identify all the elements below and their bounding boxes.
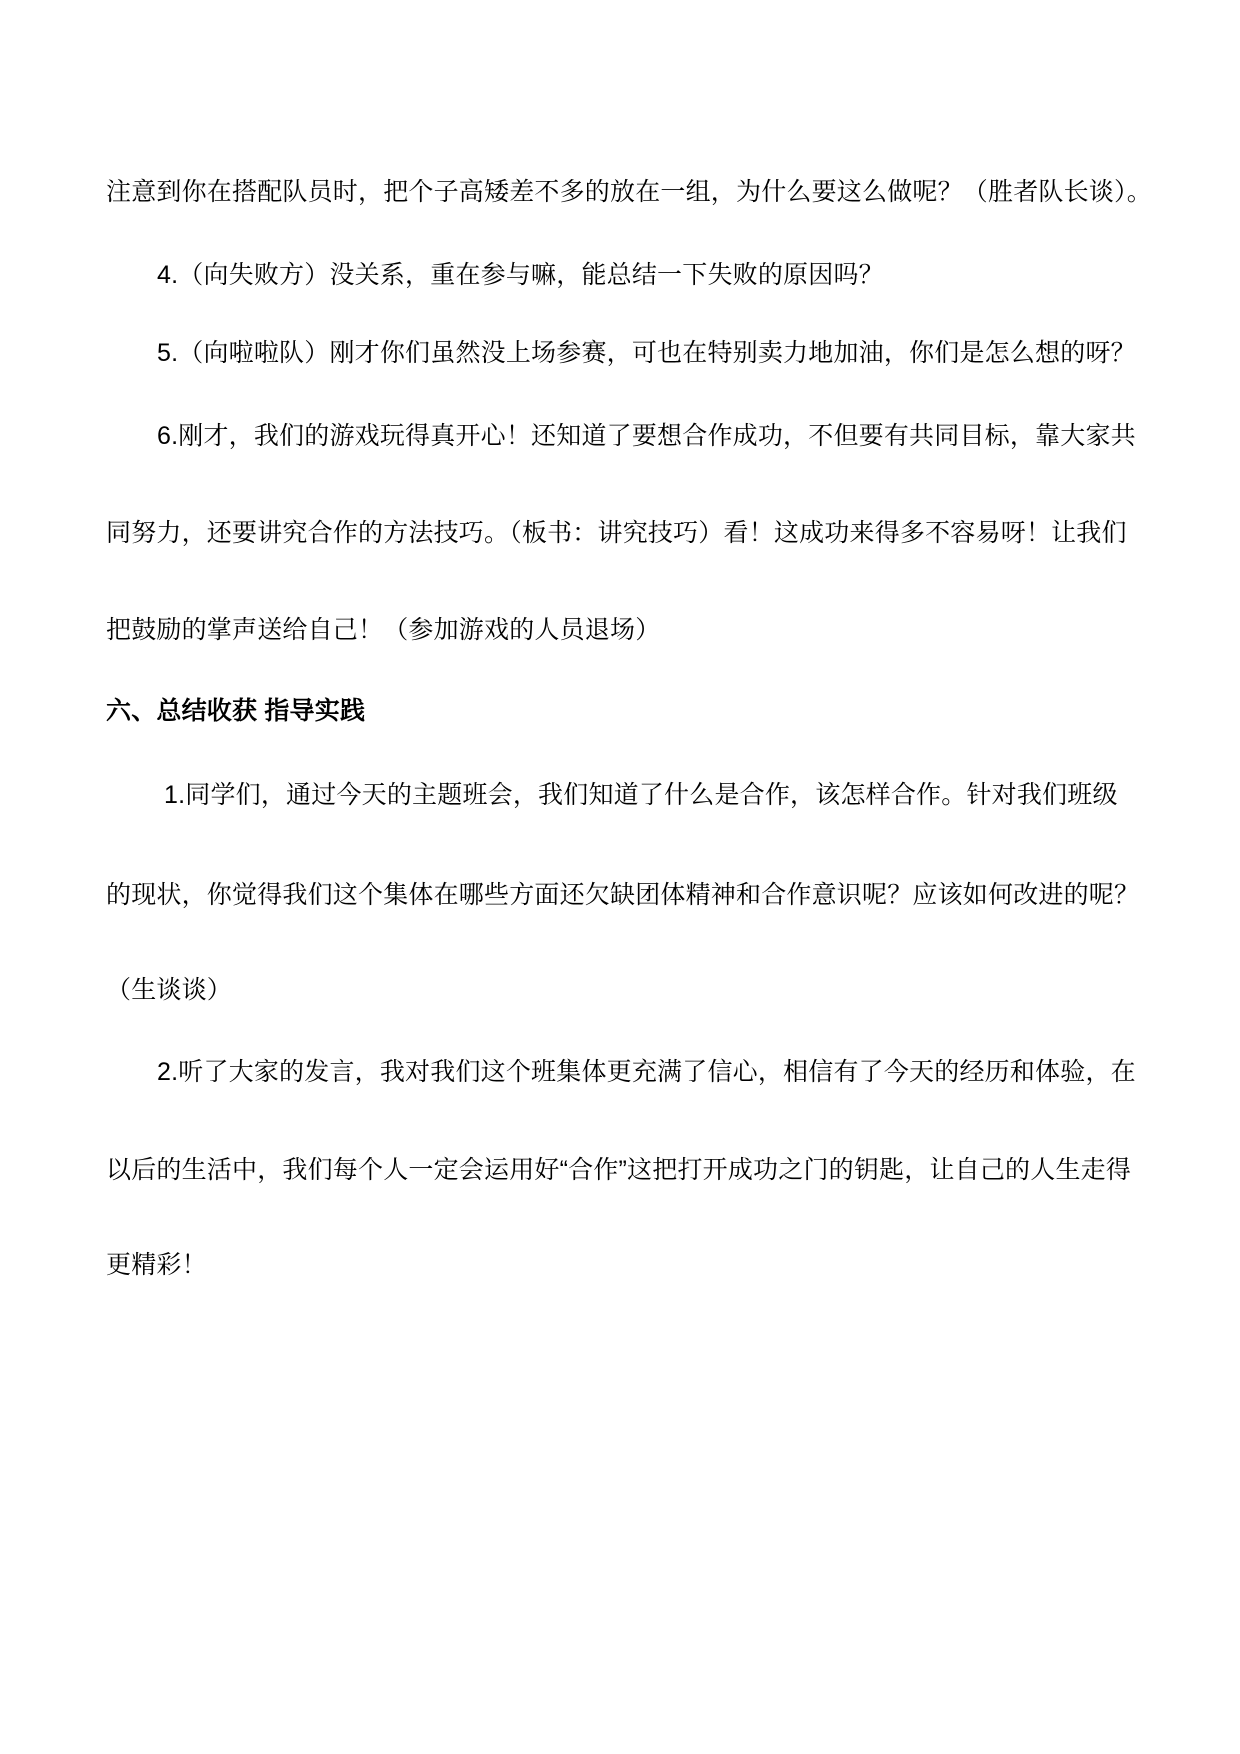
document-text-line: 4.（向失败方）没关系，重在参与嘛，能总结一下失败的原因吗？	[157, 261, 884, 289]
document-text-line: 2.听了大家的发言，我对我们这个班集体更充满了信心，相信有了今天的经历和体验，在	[157, 1058, 1136, 1086]
section-heading: 六、总结收获 指导实践	[106, 697, 365, 725]
document-text-line: 的现状，你觉得我们这个集体在哪些方面还欠缺团体精神和合作意识呢？应该如何改进的呢…	[106, 881, 1139, 909]
document-text-line: （生谈谈）	[106, 976, 232, 1004]
document-text-line: 1.同学们，通过今天的主题班会，我们知道了什么是合作，该怎样合作。针对我们班级	[164, 781, 1118, 809]
document-text-line: 以后的生活中，我们每个人一定会运用好“合作”这把打开成功之门的钥匙，让自己的人生…	[106, 1156, 1131, 1184]
document-text-line: 更精彩！	[106, 1251, 207, 1279]
document-text-line: 5.（向啦啦队）刚才你们虽然没上场参赛，可也在特别卖力地加油，你们是怎么想的呀？	[157, 339, 1136, 367]
document-text-line: 把鼓励的掌声送给自己！（参加游戏的人员退场）	[106, 616, 660, 644]
document-page: 注意到你在搭配队员时，把个子高矮差不多的放在一组，为什么要这么做呢？（胜者队长谈…	[0, 0, 1240, 1754]
document-text-line: 同努力，还要讲究合作的方法技巧。（板书：讲究技巧）看！这成功来得多不容易呀！让我…	[106, 519, 1127, 547]
document-text-line: 注意到你在搭配队员时，把个子高矮差不多的放在一组，为什么要这么做呢？（胜者队长谈…	[106, 178, 1152, 206]
document-text-line: 6.刚才，我们的游戏玩得真开心！还知道了要想合作成功，不但要有共同目标，靠大家共	[157, 422, 1136, 450]
